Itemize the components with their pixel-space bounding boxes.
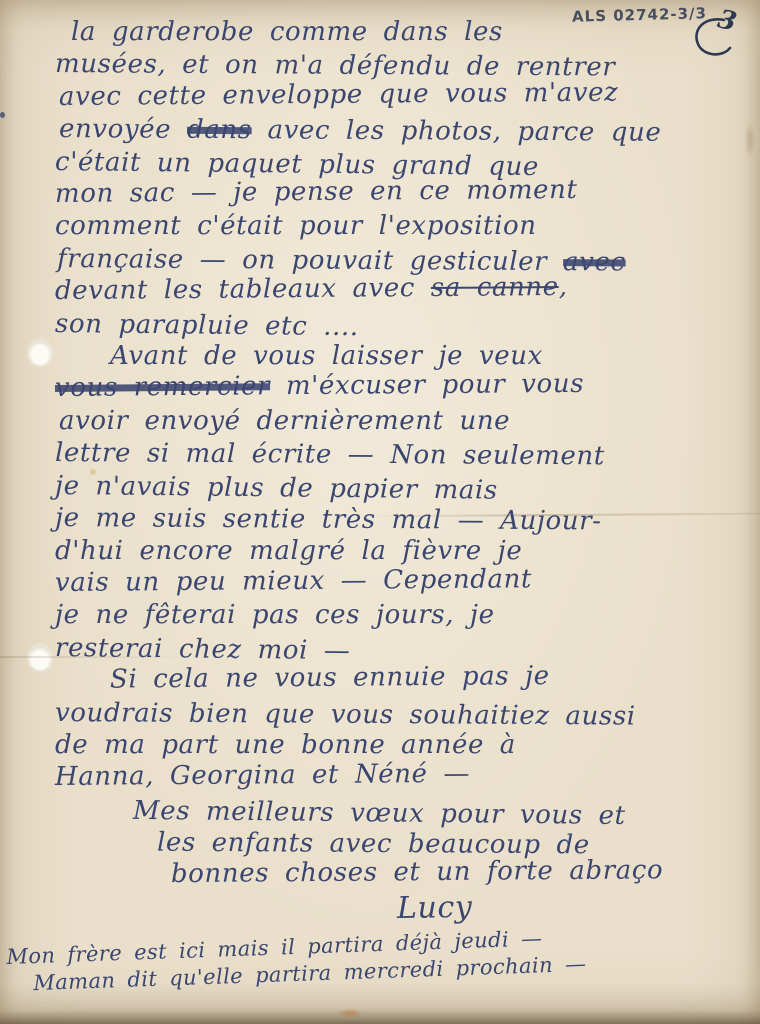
handwritten-text: de ma part une bonne année à bbox=[55, 730, 516, 760]
handwritten-text: d'hui encore malgré la fièvre je bbox=[55, 536, 522, 566]
handwritten-text: resterai chez moi — bbox=[55, 633, 351, 666]
letter-line: voudrais bien que vous souhaitiez aussi bbox=[55, 697, 745, 734]
handwritten-text: comment c'était pour l'exposition bbox=[55, 211, 537, 241]
letter-line: lettre si mal écrite — Non seulement bbox=[55, 437, 745, 474]
handwritten-text: envoyée bbox=[59, 114, 187, 145]
handwritten-text: son parapluie etc .... bbox=[55, 309, 359, 342]
letter-line: vais un peu mieux — Cependant bbox=[55, 561, 745, 599]
handwritten-text: avec les photos, parce que bbox=[252, 115, 662, 148]
handwritten-text: Hanna, Georgina et Néné — bbox=[55, 759, 470, 792]
letter-line: avoir envoyé dernièrement une bbox=[55, 405, 745, 437]
paper-stain bbox=[744, 120, 756, 160]
handwritten-text: devant les tableaux avec bbox=[55, 273, 431, 306]
handwritten-text: je n'avais plus de papier mais bbox=[55, 471, 498, 506]
paper-stain bbox=[337, 1008, 363, 1018]
handwritten-text: Mes meilleurs vœux pour vous et bbox=[133, 796, 626, 831]
letter-line: Si cela ne vous ennuie pas je bbox=[55, 659, 745, 697]
letter-line: envoyée dans avec les photos, parce que bbox=[55, 113, 745, 150]
handwritten-text: la garderobe comme dans les bbox=[71, 17, 503, 47]
hole-punch-bottom bbox=[29, 646, 51, 670]
letter-line: la garderobe comme dans les bbox=[55, 16, 745, 48]
letter-line: je ne fêterai pas ces jours, je bbox=[55, 599, 745, 631]
crossed-out-text: sa canne bbox=[431, 272, 559, 303]
letter-line: vous remercier m'éxcuser pour vous bbox=[55, 367, 745, 405]
letter-line: comment c'était pour l'exposition bbox=[55, 210, 745, 242]
handwritten-text: voudrais bien que vous souhaitiez aussi bbox=[55, 698, 636, 732]
handwritten-text: avoir envoyé dernièrement une bbox=[59, 406, 510, 436]
handwritten-text: mon sac — je pense en ce moment bbox=[55, 175, 578, 209]
letter-line: mon sac — je pense en ce moment bbox=[55, 173, 745, 211]
handwritten-text: avec cette enveloppe que vous m'avez bbox=[59, 77, 619, 111]
handwritten-text: bonnes choses et un forte abraço bbox=[171, 855, 663, 889]
letter-line: Hanna, Georgina et Néné — bbox=[55, 756, 745, 794]
handwritten-text: je ne fêterai pas ces jours, je bbox=[55, 600, 495, 630]
handwritten-text: je me suis sentie très mal — Aujour- bbox=[55, 503, 602, 536]
handwritten-text: m'éxcuser pour vous bbox=[270, 369, 584, 401]
hole-punch-top bbox=[29, 341, 51, 365]
ink-spot bbox=[0, 112, 5, 118]
letter-line: devant les tableaux avec sa canne, bbox=[55, 270, 745, 308]
letter-line: bonnes choses et un forte abraço bbox=[55, 853, 745, 891]
handwritten-text: , bbox=[559, 272, 568, 302]
crossed-out-text: vous remercier bbox=[55, 372, 270, 404]
letter-line: avec cette enveloppe que vous m'avez bbox=[55, 75, 745, 113]
handwritten-text: lettre si mal écrite — Non seulement bbox=[55, 438, 605, 471]
letter-line: je me suis sentie très mal — Aujour- bbox=[55, 502, 745, 539]
letter-page: ALS 02742-3/3 3 la garderobe comme dans … bbox=[0, 0, 760, 1024]
handwritten-text: Si cela ne vous ennuie pas je bbox=[110, 661, 550, 694]
letter-body: la garderobe comme dans lesmusées, et on… bbox=[55, 16, 745, 925]
handwritten-text: Avant de vous laisser je veux bbox=[110, 341, 543, 371]
letter-line: son parapluie etc .... bbox=[55, 308, 745, 348]
handwritten-text: vais un peu mieux — Cependant bbox=[55, 564, 532, 598]
crossed-out-text: dans bbox=[187, 115, 252, 145]
